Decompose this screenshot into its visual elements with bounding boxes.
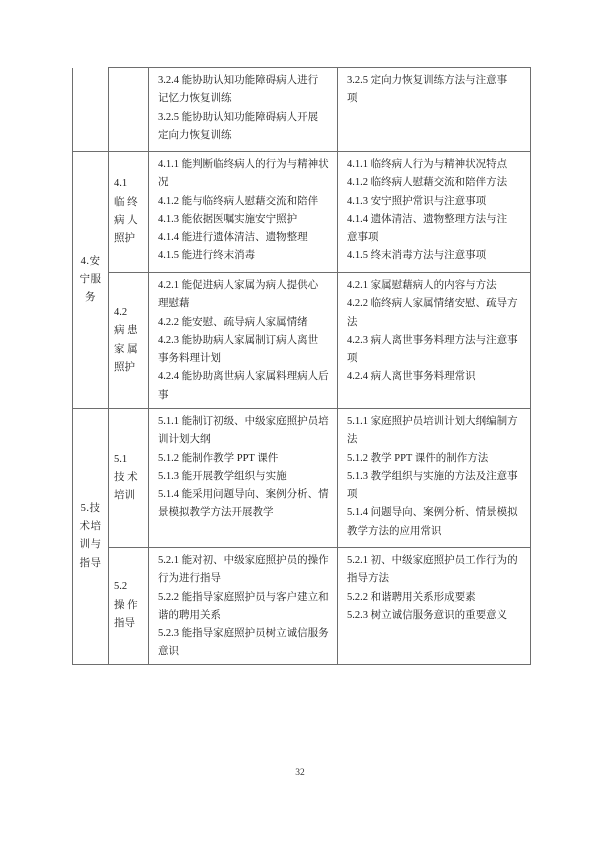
cell-knowledge-4-2: 4.2.1 家属慰藉病人的内容与方法 4.2.2 临终病人家属情绪安慰、疏导方 … [338, 273, 531, 409]
cell-function-carryover [73, 68, 109, 152]
document-page: 3.2.4 能协助认知功能障碍病人进行 记忆力恢复训练 3.2.5 能协助认知功… [0, 0, 600, 848]
table-row-carryover: 3.2.4 能协助认知功能障碍病人进行 记忆力恢复训练 3.2.5 能协助认知功… [73, 68, 531, 152]
cell-task-5-1: 5.1 技 术 培训 [109, 409, 149, 548]
cell-skills-4-1: 4.1.1 能判断临终病人的行为与精神状 况 4.1.2 能与临终病人慰藉交流和… [149, 152, 338, 273]
cell-knowledge-5-2: 5.2.1 初、中级家庭照护员工作行为的 指导方法 5.2.2 和谐聘用关系形成… [338, 548, 531, 665]
table-row-5-1: 5.技 术培 训与 指导 5.1 技 术 培训 5.1.1 能制订初级、中级家庭… [73, 409, 531, 548]
page-number: 32 [0, 768, 600, 778]
cell-task-4-2: 4.2 病 患 家 属 照护 [109, 273, 149, 409]
cell-knowledge-4-1: 4.1.1 临终病人行为与精神状况特点 4.1.2 临终病人慰藉交流和陪伴方法 … [338, 152, 531, 273]
table-row-5-2: 5.2 操 作 指导 5.2.1 能对初、中级家庭照护员的操作 行为进行指导 5… [73, 548, 531, 665]
cell-skills-5-2: 5.2.1 能对初、中级家庭照护员的操作 行为进行指导 5.2.2 能指导家庭照… [149, 548, 338, 665]
table-row-4-1: 4.安 宁服 务 4.1 临 终 病 人 照护 4.1.1 能判断临终病人的行为… [73, 152, 531, 273]
cell-function-5: 5.技 术培 训与 指导 [73, 409, 109, 665]
skill-standard-table: 3.2.4 能协助认知功能障碍病人进行 记忆力恢复训练 3.2.5 能协助认知功… [72, 67, 531, 665]
table-row-4-2: 4.2 病 患 家 属 照护 4.2.1 能促进病人家属为病人提供心 理慰藉 4… [73, 273, 531, 409]
cell-function-4: 4.安 宁服 务 [73, 152, 109, 409]
cell-task-carryover [109, 68, 149, 152]
cell-knowledge-carryover: 3.2.5 定向力恢复训练方法与注意事 项 [338, 68, 531, 152]
cell-task-5-2: 5.2 操 作 指导 [109, 548, 149, 665]
cell-knowledge-5-1: 5.1.1 家庭照护员培训计划大纲编制方 法 5.1.2 教学 PPT 课件的制… [338, 409, 531, 548]
cell-skills-carryover: 3.2.4 能协助认知功能障碍病人进行 记忆力恢复训练 3.2.5 能协助认知功… [149, 68, 338, 152]
cell-skills-4-2: 4.2.1 能促进病人家属为病人提供心 理慰藉 4.2.2 能安慰、疏导病人家属… [149, 273, 338, 409]
cell-skills-5-1: 5.1.1 能制订初级、中级家庭照护员培 训计划大纲 5.1.2 能制作教学 P… [149, 409, 338, 548]
cell-task-4-1: 4.1 临 终 病 人 照护 [109, 152, 149, 273]
